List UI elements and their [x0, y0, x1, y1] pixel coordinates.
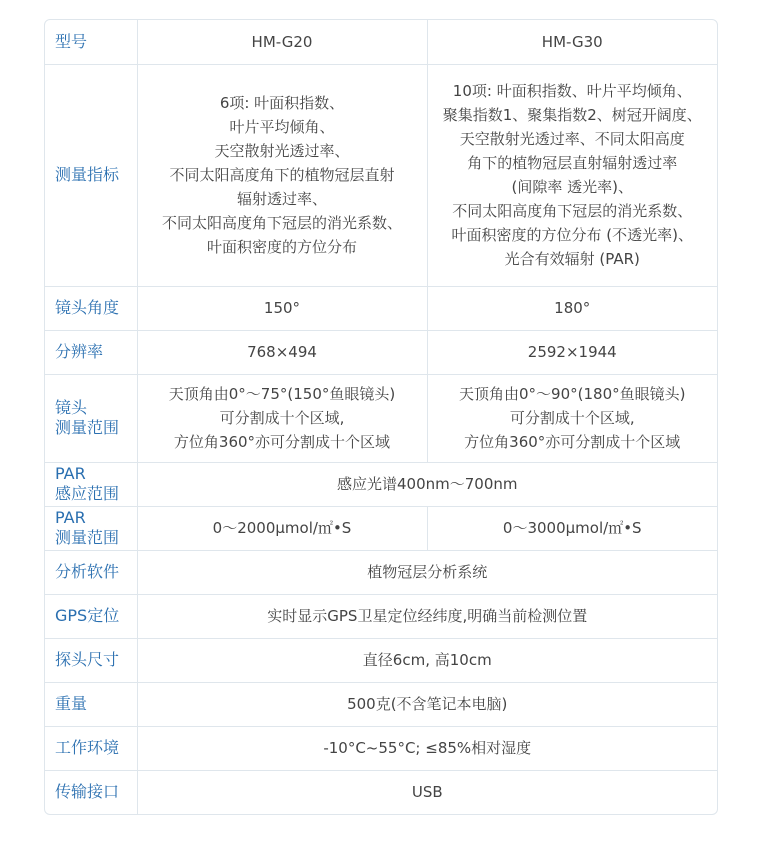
- cell-line: 聚集指数1、聚集指数2、树冠开阔度、: [432, 103, 714, 127]
- table-row: 镜头角度150°180°: [45, 286, 717, 330]
- cell-line: 不同太阳高度角下冠层的消光系数、: [142, 211, 423, 235]
- row-label: 镜头角度: [45, 286, 137, 330]
- cell-line: 方位角360°亦可分割成十个区域: [142, 430, 423, 454]
- table-row: 测量指标6项: 叶面积指数、叶片平均倾角、天空散射光透过率、不同太阳高度角下的植…: [45, 64, 717, 286]
- cell-line: 不同太阳高度角下冠层的消光系数、: [432, 199, 714, 223]
- row-label-line: 分辨率: [55, 342, 133, 362]
- cell-line: 180°: [432, 296, 714, 320]
- table-row: 镜头测量范围天顶角由0°～75°(150°鱼眼镜头)可分割成十个区域,方位角36…: [45, 374, 717, 462]
- row-label-line: 测量指标: [55, 165, 133, 185]
- row-label: 传输接口: [45, 770, 137, 814]
- cell-line: 光合有效辐射 (PAR): [432, 247, 714, 271]
- cell-line: 6项: 叶面积指数、: [142, 91, 423, 115]
- cell-line: (间隙率 透光率)、: [432, 175, 714, 199]
- row-label-line: 工作环境: [55, 738, 133, 758]
- hm-g20-value-cell: 768×494: [137, 330, 427, 374]
- merged-value-cell: 植物冠层分析系统: [137, 550, 717, 594]
- hm-g30-value-cell: 2592×1944: [427, 330, 717, 374]
- cell-line: 可分割成十个区域,: [432, 406, 714, 430]
- hm-g30-value-cell: 0～3000μmol/㎡•S: [427, 506, 717, 550]
- cell-line: 感应光谱400nm～700nm: [142, 472, 714, 496]
- merged-value-cell: 直径6cm, 高10cm: [137, 638, 717, 682]
- table-row: PAR测量范围0～2000μmol/㎡•S0～3000μmol/㎡•S: [45, 506, 717, 550]
- row-label-line: 重量: [55, 694, 133, 714]
- table-row: 工作环境-10°C~55°C; ≤85%相对湿度: [45, 726, 717, 770]
- hm-g30-value-cell: 天顶角由0°～90°(180°鱼眼镜头)可分割成十个区域,方位角360°亦可分割…: [427, 374, 717, 462]
- cell-line: 天空散射光透过率、: [142, 139, 423, 163]
- row-label: PAR感应范围: [45, 462, 137, 506]
- cell-line: 2592×1944: [432, 340, 714, 364]
- row-label-line: 型号: [55, 32, 133, 52]
- row-label-line: PAR: [55, 464, 133, 484]
- table-row: GPS定位实时显示GPS卫星定位经纬度,明确当前检测位置: [45, 594, 717, 638]
- cell-line: 叶片平均倾角、: [142, 115, 423, 139]
- cell-line: 植物冠层分析系统: [142, 560, 714, 584]
- merged-value-cell: USB: [137, 770, 717, 814]
- hm-g30-value-cell: HM-G30: [427, 20, 717, 64]
- table-row: 分析软件植物冠层分析系统: [45, 550, 717, 594]
- table-row: PAR感应范围感应光谱400nm～700nm: [45, 462, 717, 506]
- cell-line: 辐射透过率、: [142, 187, 423, 211]
- table-row: 分辨率768×4942592×1944: [45, 330, 717, 374]
- hm-g20-value-cell: 0～2000μmol/㎡•S: [137, 506, 427, 550]
- cell-line: 天顶角由0°～75°(150°鱼眼镜头): [142, 382, 423, 406]
- cell-line: 实时显示GPS卫星定位经纬度,明确当前检测位置: [142, 604, 714, 628]
- row-label-line: 测量范围: [55, 418, 133, 438]
- row-label: 探头尺寸: [45, 638, 137, 682]
- row-label: PAR测量范围: [45, 506, 137, 550]
- row-label: 重量: [45, 682, 137, 726]
- cell-line: 方位角360°亦可分割成十个区域: [432, 430, 714, 454]
- cell-line: 768×494: [142, 340, 423, 364]
- row-label-line: 传输接口: [55, 782, 133, 802]
- cell-line: 叶面积密度的方位分布 (不透光率)、: [432, 223, 714, 247]
- hm-g20-value-cell: 150°: [137, 286, 427, 330]
- cell-line: 天空散射光透过率、不同太阳高度: [432, 127, 714, 151]
- row-label: 工作环境: [45, 726, 137, 770]
- row-label: 测量指标: [45, 64, 137, 286]
- hm-g20-value-cell: 6项: 叶面积指数、叶片平均倾角、天空散射光透过率、不同太阳高度角下的植物冠层直…: [137, 64, 427, 286]
- hm-g30-value-cell: 180°: [427, 286, 717, 330]
- cell-line: 天顶角由0°～90°(180°鱼眼镜头): [432, 382, 714, 406]
- cell-line: 0～3000μmol/㎡•S: [432, 516, 714, 540]
- cell-line: 0～2000μmol/㎡•S: [142, 516, 423, 540]
- cell-line: USB: [142, 780, 714, 804]
- row-label: 型号: [45, 20, 137, 64]
- row-label-line: 探头尺寸: [55, 650, 133, 670]
- cell-line: HM-G20: [142, 30, 423, 54]
- row-label: 镜头测量范围: [45, 374, 137, 462]
- spec-table-container: 型号HM-G20HM-G30测量指标6项: 叶面积指数、叶片平均倾角、天空散射光…: [44, 19, 718, 815]
- merged-value-cell: 感应光谱400nm～700nm: [137, 462, 717, 506]
- row-label-line: 镜头角度: [55, 298, 133, 318]
- row-label-line: 分析软件: [55, 562, 133, 582]
- hm-g20-value-cell: 天顶角由0°～75°(150°鱼眼镜头)可分割成十个区域,方位角360°亦可分割…: [137, 374, 427, 462]
- hm-g30-value-cell: 10项: 叶面积指数、叶片平均倾角、聚集指数1、聚集指数2、树冠开阔度、天空散射…: [427, 64, 717, 286]
- row-label-line: PAR: [55, 508, 133, 528]
- row-label-line: 测量范围: [55, 528, 133, 548]
- table-row: 型号HM-G20HM-G30: [45, 20, 717, 64]
- row-label: 分辨率: [45, 330, 137, 374]
- spec-table: 型号HM-G20HM-G30测量指标6项: 叶面积指数、叶片平均倾角、天空散射光…: [45, 20, 717, 814]
- row-label-line: 镜头: [55, 398, 133, 418]
- cell-line: 叶面积密度的方位分布: [142, 235, 423, 259]
- cell-line: 150°: [142, 296, 423, 320]
- table-row: 传输接口USB: [45, 770, 717, 814]
- hm-g20-value-cell: HM-G20: [137, 20, 427, 64]
- table-row: 重量500克(不含笔记本电脑): [45, 682, 717, 726]
- cell-line: 角下的植物冠层直射辐射透过率: [432, 151, 714, 175]
- table-row: 探头尺寸直径6cm, 高10cm: [45, 638, 717, 682]
- cell-line: 直径6cm, 高10cm: [142, 648, 714, 672]
- cell-line: 500克(不含笔记本电脑): [142, 692, 714, 716]
- cell-line: 不同太阳高度角下的植物冠层直射: [142, 163, 423, 187]
- cell-line: 10项: 叶面积指数、叶片平均倾角、: [432, 79, 714, 103]
- merged-value-cell: 实时显示GPS卫星定位经纬度,明确当前检测位置: [137, 594, 717, 638]
- merged-value-cell: 500克(不含笔记本电脑): [137, 682, 717, 726]
- cell-line: 可分割成十个区域,: [142, 406, 423, 430]
- row-label-line: 感应范围: [55, 484, 133, 504]
- row-label-line: GPS定位: [55, 606, 133, 626]
- cell-line: -10°C~55°C; ≤85%相对湿度: [142, 736, 714, 760]
- row-label: 分析软件: [45, 550, 137, 594]
- row-label: GPS定位: [45, 594, 137, 638]
- cell-line: HM-G30: [432, 30, 714, 54]
- merged-value-cell: -10°C~55°C; ≤85%相对湿度: [137, 726, 717, 770]
